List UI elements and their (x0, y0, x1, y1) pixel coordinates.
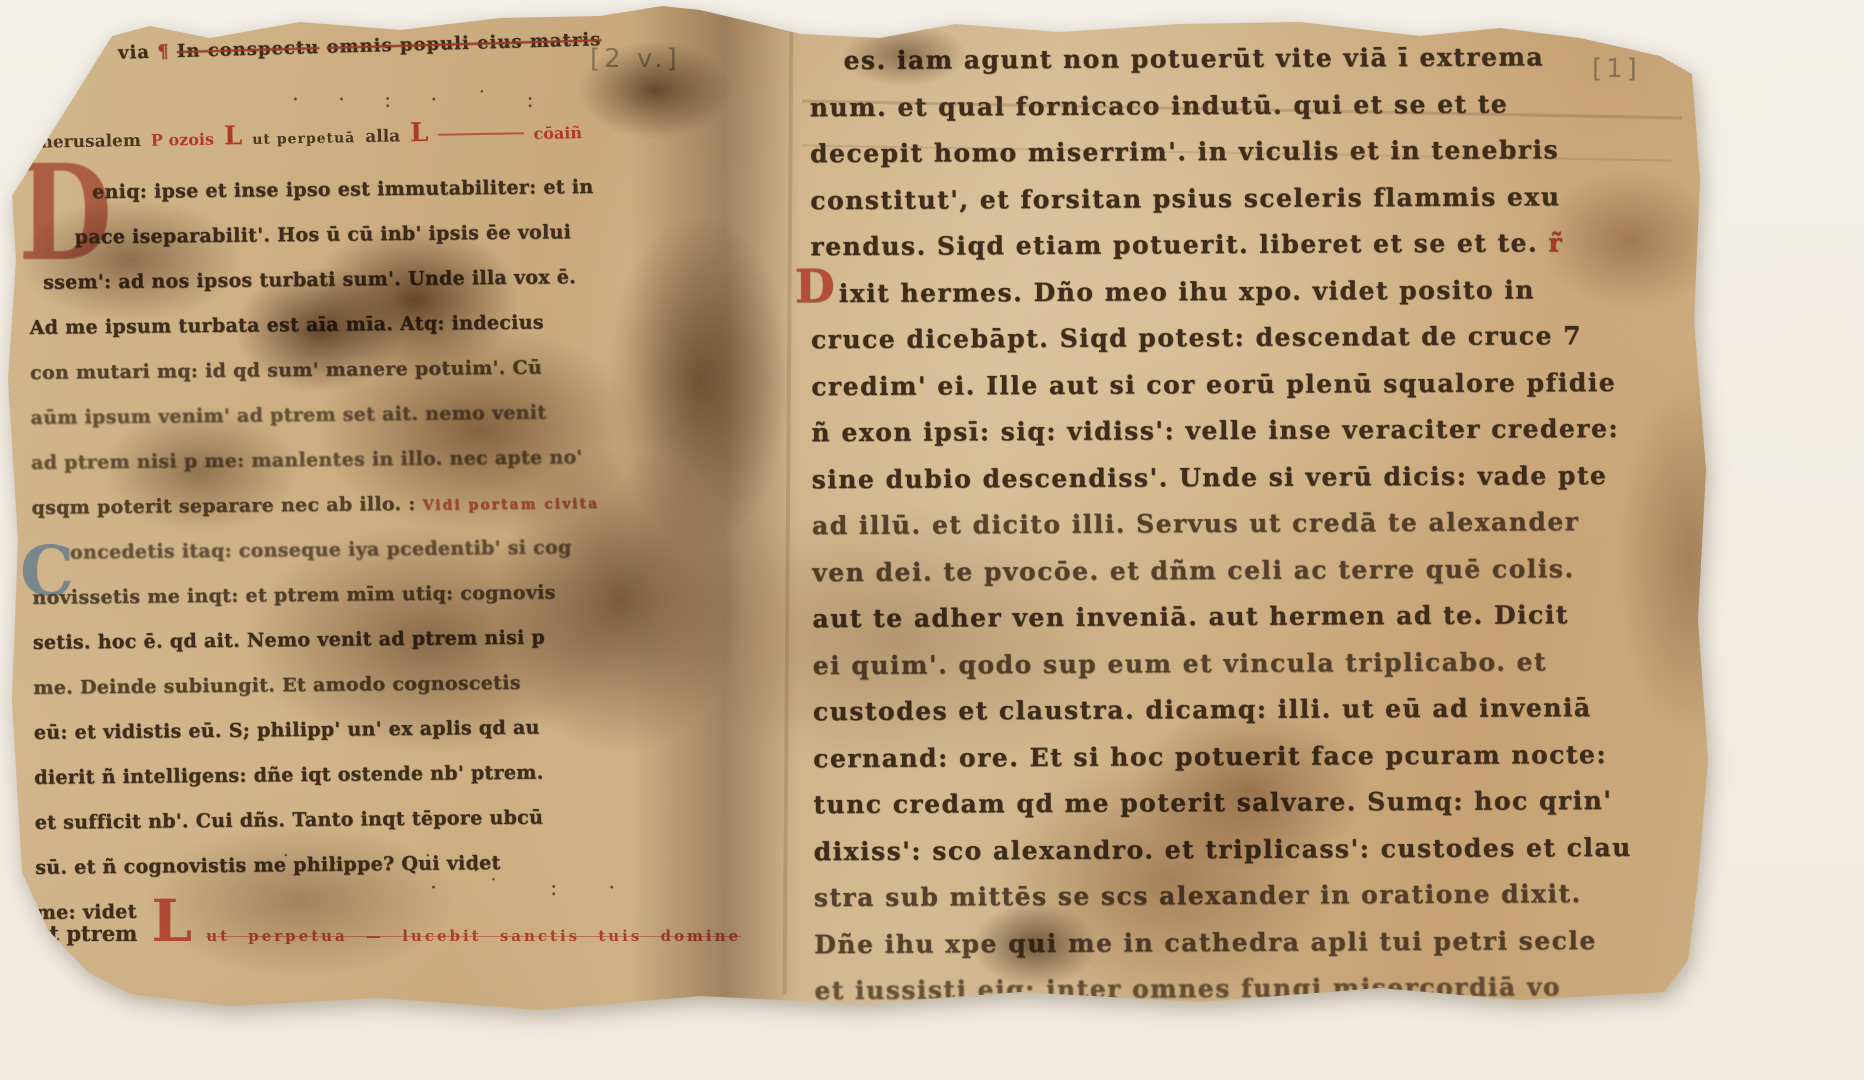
text-line-segment: rendus. Siqd etiam potuerit. liberet et … (810, 228, 1538, 261)
left-rubric-line: iherusalem P ozois L ut perpetuā alla L … (34, 115, 582, 155)
text-line: sine dubio descendiss'. Unde si verū dic… (812, 452, 1652, 503)
text-line: rendus. Siqd etiam potuerit. liberet et … (810, 220, 1650, 271)
inline-rubric: Vidi portam civita (423, 496, 600, 514)
text-line: stra sub mittēs se scs alexander in orat… (814, 871, 1654, 922)
bottom-line-red-text: ut perpetua — lucebit sanctis tuis domin… (206, 927, 741, 945)
text-line: pace iseparabilit'. Hos ū cū inb' ipsis … (28, 210, 580, 261)
text-line: tunc credam qd me poterit salvare. Sumq:… (813, 778, 1653, 829)
red-paragraph-mark: r̃ (1548, 228, 1563, 257)
text-line: es. iam agunt non potuerūt vite viā ī ex… (809, 34, 1649, 85)
bottom-line-black-text: et ptrem (36, 921, 137, 946)
text-line: eū: et vidistis eū. S; philipp' un' ex a… (34, 705, 586, 756)
header-word-via: via (118, 42, 151, 64)
rubric-word-6: L (410, 118, 429, 148)
illuminated-initial-L: L (151, 898, 192, 944)
text-line: Ad me ipsum turbata est aīa mīa. Atq: in… (29, 300, 581, 351)
rubric-red-line (438, 132, 523, 135)
text-line: novissetis me inqt: et ptrem mīm utiq: c… (32, 570, 584, 621)
left-bottom-rubric-line: et ptrem L ut perpetua — lucebit sanctis… (36, 898, 741, 946)
rubric-word-4: ut perpetuā (252, 130, 355, 148)
text-line: setis. hoc ē. qd ait. Nemo venit ad ptre… (33, 615, 585, 666)
folio-mark-right: [1] (1592, 54, 1641, 84)
folio-mark-left: [2 v.] (590, 44, 681, 74)
text-line: ssem': ad nos ipsos turbati sum'. Unde i… (29, 255, 581, 306)
text-line: ñ exon ipsī: siq: vidiss': velle inse ve… (811, 406, 1651, 457)
neume-dots-bottom-1: · : ˙ · · ˙ : (188, 852, 496, 877)
text-line: aut te adher ven inveniā. aut hermen ad … (812, 592, 1652, 643)
text-line: dixiss': sco alexandro. et triplicass': … (814, 824, 1654, 875)
right-page-text-block: es. iam agunt non potuerūt vite viā ī ex… (809, 34, 1654, 1015)
photo-background: via ¶ In conspectu omnis populi eius mat… (0, 0, 1864, 1080)
text-line: Dixit hermes. Dño meo ihu xpo. videt pos… (811, 266, 1651, 317)
text-line: cernand: ore. Et si hoc potuerit face pc… (813, 731, 1653, 782)
rubric-word-5: alla (365, 126, 400, 147)
text-line: ei quim'. qodo sup eum et vincula tripli… (813, 638, 1653, 689)
rubric-word-3: L (224, 121, 243, 151)
text-line: constitut', et forsitan psius sceleris f… (810, 173, 1650, 224)
text-line: dierit ñ intelligens: dñe iqt ostende nb… (34, 750, 586, 801)
text-line-segment: ixit hermes. Dño meo ihu xpo. videt posi… (839, 275, 1535, 308)
text-line: eniq: ipse et inse ipso est immutabilite… (28, 165, 580, 216)
text-line: qsqm poterit separare nec ab illo. : Vid… (31, 480, 583, 531)
text-line: Dñe ihu xpe qui me in cathedra apli tui … (814, 917, 1654, 968)
illuminated-initial-D-right: D (795, 263, 837, 310)
text-line: aūm ipsum venim' ad ptrem set ait. nemo … (30, 390, 582, 441)
text-line: credim' ei. Ille aut si cor eorū plenū s… (811, 359, 1651, 410)
left-page-header-line: via ¶ In conspectu omnis populi eius mat… (118, 29, 602, 63)
rubric-word-2: P ozois (151, 130, 214, 150)
neume-dots-top: · · : · ˙ : (292, 88, 550, 113)
text-line: custodes et claustra. dicamq: illi. ut e… (813, 685, 1653, 736)
vertical-fold-crease (783, 24, 794, 994)
left-page-text-block: eniq: ipse et inse ipso est immutabilite… (28, 165, 588, 936)
header-phrase-1: In conspectu (177, 37, 320, 62)
text-line: me. Deinde subiungit. Et amodo cognoscet… (33, 660, 585, 711)
text-line: con mutari mq: id qd sum' manere potuim'… (30, 345, 582, 396)
manuscript-parchment: via ¶ In conspectu omnis populi eius mat… (0, 0, 1864, 1080)
text-line: ven dei. te pvocōe. et dñm celi ac terre… (812, 545, 1652, 596)
rubric-word-7: cōaiñ (533, 123, 582, 143)
parchment-shadow: via ¶ In conspectu omnis populi eius mat… (0, 0, 1864, 1080)
text-line: ad illū. et dicito illi. Servus ut credā… (812, 499, 1652, 550)
text-line: oncedetis itaq: conseque iya pcedentib' … (32, 525, 584, 576)
header-phrase-2: omnis populi eius matris (326, 29, 601, 58)
text-line: cruce dicebāpt. Siqd potest: descendat d… (811, 313, 1651, 364)
text-line: et sufficit nb'. Cui dñs. Tanto inqt tēp… (35, 795, 587, 846)
text-line: et iussisti eiq: inter omnes fungi miser… (814, 964, 1654, 1015)
text-line: ad ptrem nisi p me: manlentes in illo. n… (31, 435, 583, 486)
pilcrow-mark: ¶ (157, 41, 170, 62)
text-line-segment: qsqm poterit separare nec ab illo. : (31, 493, 415, 519)
text-line: num. et qual fornicaco indutū. qui et se… (810, 80, 1650, 131)
